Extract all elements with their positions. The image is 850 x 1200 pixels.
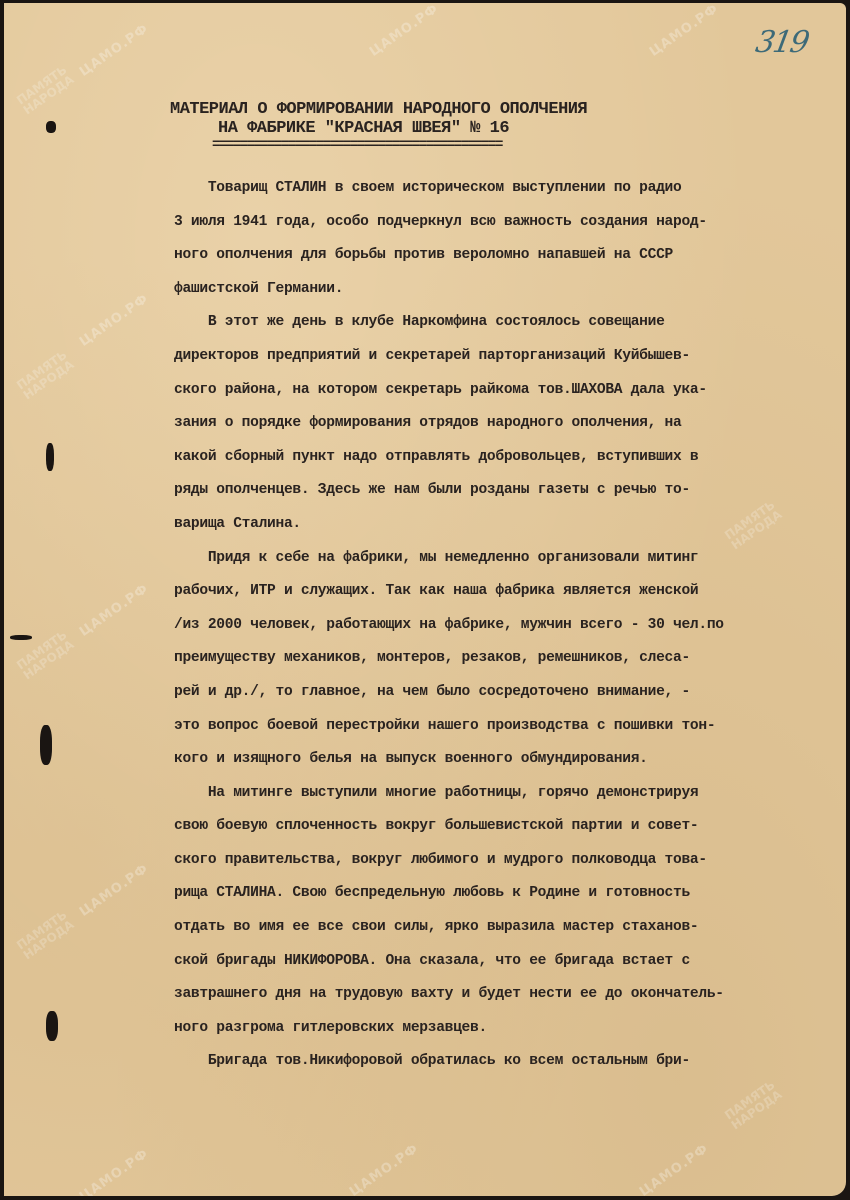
- binding-hole: [46, 443, 54, 471]
- text-line: ской бригады НИКИФОРОВА. Она сказала, чт…: [174, 945, 814, 979]
- watermark: ЦАМО.РФ: [77, 581, 152, 639]
- handwritten-page-number: 319: [753, 25, 810, 60]
- watermark: ЦАМО.РФ: [77, 21, 152, 79]
- text-line: ского правительства, вокруг любимого и м…: [174, 844, 814, 878]
- text-line: ного разгрома гитлеровских мерзавцев.: [174, 1012, 814, 1046]
- title-underline: ========================================…: [0, 138, 850, 152]
- watermark: ЦАМО.РФ: [347, 1141, 422, 1196]
- text-line: Придя к себе на фабрики, мы немедленно о…: [174, 542, 814, 576]
- text-line: ряды ополченцев. Здесь же нам были розда…: [174, 474, 814, 508]
- watermark: ЦАМО.РФ: [637, 1141, 712, 1196]
- text-line: свою боевую сплоченность вокруг большеви…: [174, 810, 814, 844]
- text-line: рей и др./, то главное, на чем было соср…: [174, 676, 814, 710]
- text-line: директоров предприятий и секретарей парт…: [174, 340, 814, 374]
- paragraph: Придя к себе на фабрики, мы немедленно о…: [174, 542, 814, 777]
- document-title: МАТЕРИАЛ О ФОРМИРОВАНИИ НАРОДНОГО ОПОЛЧЕ…: [0, 100, 850, 152]
- watermark-project: ПАМЯТЬНАРОДА: [722, 1078, 784, 1131]
- text-line: На митинге выступили многие работницы, г…: [174, 777, 814, 811]
- binding-hole: [46, 1011, 58, 1041]
- text-line: рабочих, ИТР и служащих. Так как наша фа…: [174, 575, 814, 609]
- text-line: Бригада тов.Никифоровой обратилась ко вс…: [174, 1045, 814, 1079]
- watermark: ЦАМО.РФ: [367, 3, 442, 60]
- text-line: ского района, на котором секретарь райко…: [174, 374, 814, 408]
- text-line: 3 июля 1941 года, особо подчеркнул всю в…: [174, 206, 814, 240]
- watermark-project: ПАМЯТЬНАРОДА: [14, 908, 76, 961]
- binding-hole: [10, 635, 32, 640]
- text-line: рища СТАЛИНА. Свою беспредельную любовь …: [174, 877, 814, 911]
- text-line: отдать во имя ее все свои силы, ярко выр…: [174, 911, 814, 945]
- watermark: ЦАМО.РФ: [77, 861, 152, 919]
- text-line: фашистской Германии.: [174, 273, 814, 307]
- paragraph: В этот же день в клубе Наркомфина состоя…: [174, 306, 814, 541]
- watermark-project: ПАМЯТЬНАРОДА: [14, 348, 76, 401]
- title-line-1: МАТЕРИАЛ О ФОРМИРОВАНИИ НАРОДНОГО ОПОЛЧЕ…: [0, 100, 850, 119]
- text-line: ного ополчения для борьбы против веролом…: [174, 239, 814, 273]
- text-line: В этот же день в клубе Наркомфина состоя…: [174, 306, 814, 340]
- text-line: зания о порядке формирования отрядов нар…: [174, 407, 814, 441]
- text-line: Товарищ СТАЛИН в своем историческом выст…: [174, 172, 814, 206]
- title-line-2: НА ФАБРИКЕ "КРАСНАЯ ШВЕЯ" № 16: [0, 119, 850, 138]
- text-line: это вопрос боевой перестройки нашего про…: [174, 710, 814, 744]
- watermark: ЦАМО.РФ: [77, 291, 152, 349]
- text-line: варища Сталина.: [174, 508, 814, 542]
- paragraph: Товарищ СТАЛИН в своем историческом выст…: [174, 172, 814, 306]
- document-body: Товарищ СТАЛИН в своем историческом выст…: [174, 172, 814, 1079]
- binding-hole: [40, 725, 52, 765]
- watermark: ЦАМО.РФ: [77, 1146, 152, 1196]
- text-line: /из 2000 человек, работающих на фабрике,…: [174, 609, 814, 643]
- text-line: завтрашнего дня на трудовую вахту и буде…: [174, 978, 814, 1012]
- text-line: кого и изящного белья на выпуск военного…: [174, 743, 814, 777]
- text-line: преимуществу механиков, монтеров, резако…: [174, 642, 814, 676]
- text-line: какой сборный пункт надо отправлять добр…: [174, 441, 814, 475]
- paragraph: На митинге выступили многие работницы, г…: [174, 777, 814, 1046]
- watermark: ЦАМО.РФ: [647, 3, 722, 60]
- paragraph: Бригада тов.Никифоровой обратилась ко вс…: [174, 1045, 814, 1079]
